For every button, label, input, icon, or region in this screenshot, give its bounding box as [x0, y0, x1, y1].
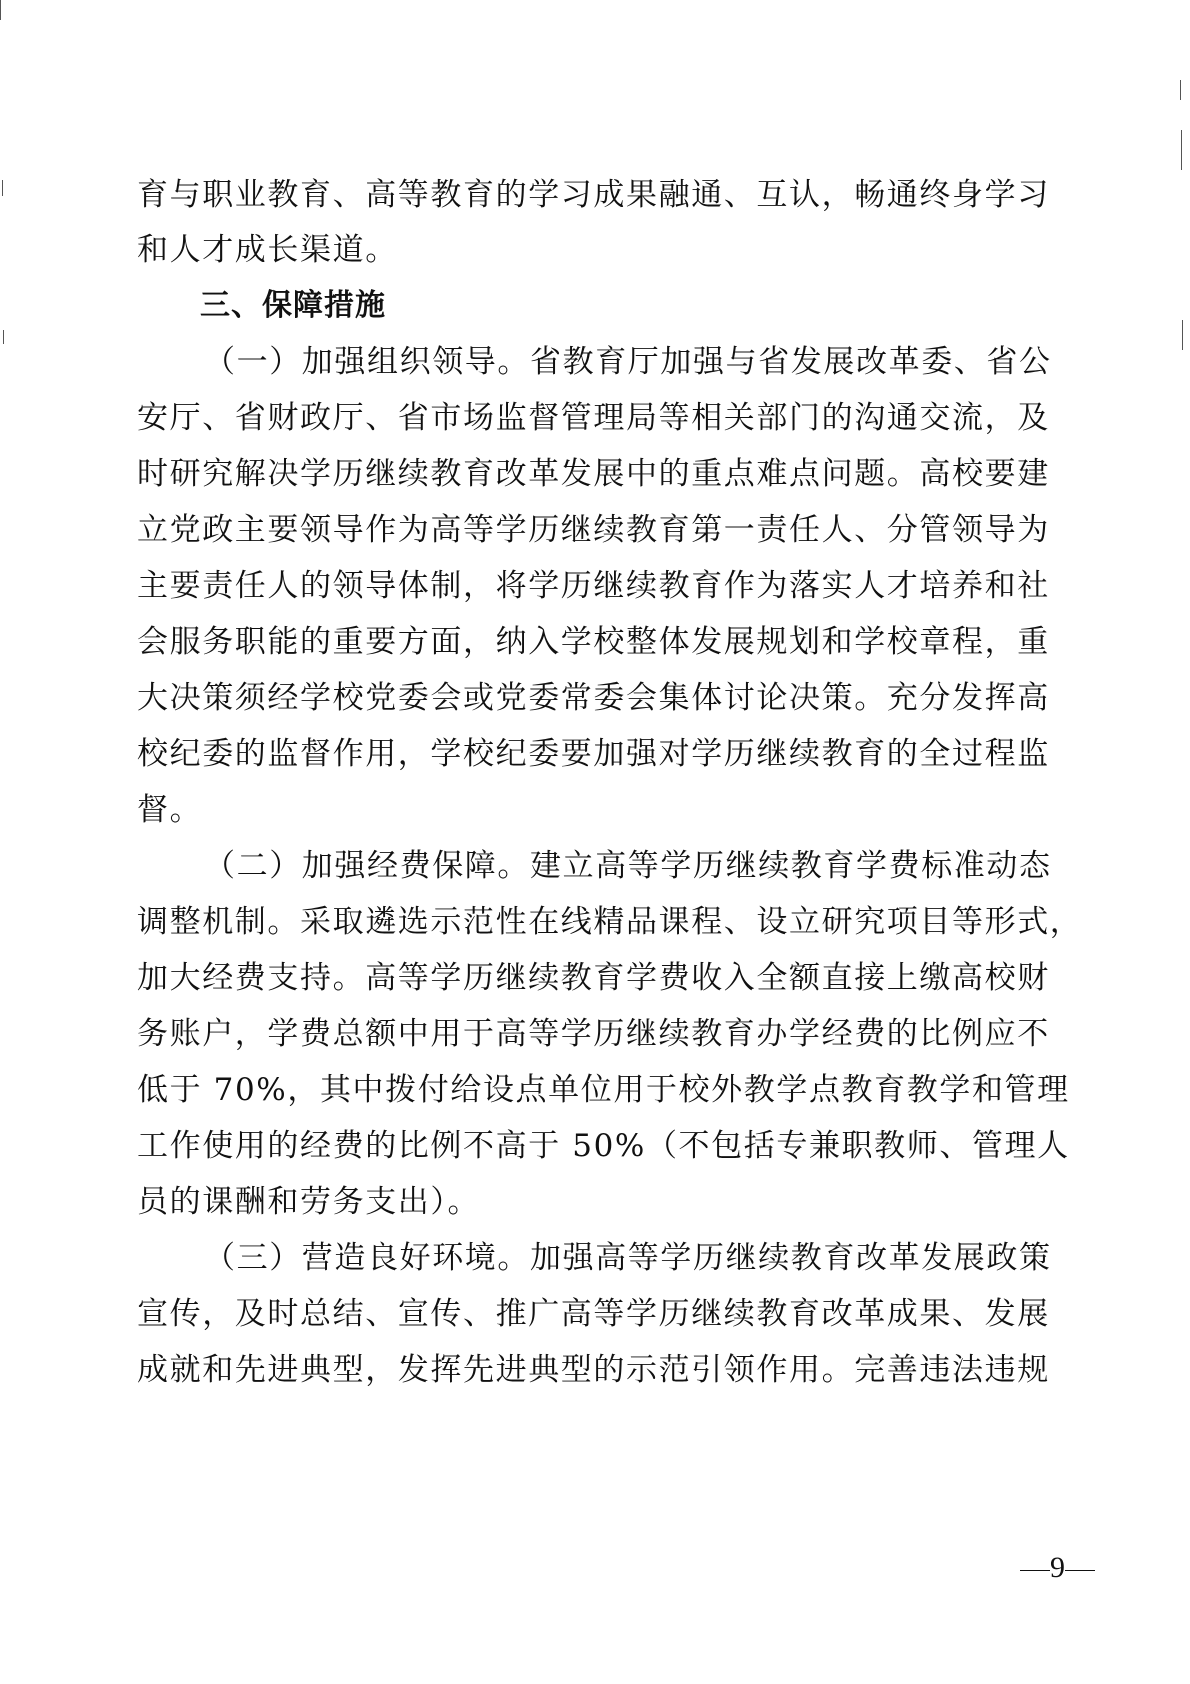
body-text-line: 和人才成长渠道。 [137, 230, 977, 270]
body-text-line: 督。 [137, 790, 977, 830]
scan-artifact [1181, 130, 1182, 170]
body-text-line: 员的课酬和劳务支出）。 [137, 1182, 977, 1222]
body-text-line: 工作使用的经费的比例不高于 50%（不包括专兼职教师、管理人 [137, 1126, 977, 1166]
scan-artifact [1180, 80, 1181, 100]
page-number: 9 [1020, 1550, 1095, 1586]
paragraph-start-line: （三）营造良好环境。加强高等学历继续教育改革发展政策 [204, 1238, 977, 1278]
scan-artifact [1182, 320, 1183, 350]
page-number-dash-right [1065, 1570, 1095, 1571]
section-heading: 三、保障措施 [200, 286, 386, 326]
body-text-line: 育与职业教育、高等教育的学习成果融通、互认，畅通终身学习 [137, 175, 977, 215]
document-page: 育与职业教育、高等教育的学习成果融通、互认，畅通终身学习 和人才成长渠道。 三、… [0, 0, 1190, 1684]
body-text-line: 主要责任人的领导体制，将学历继续教育作为落实人才培养和社 [137, 566, 977, 606]
body-text-line: 安厅、省财政厅、省市场监督管理局等相关部门的沟通交流，及 [137, 398, 977, 438]
page-number-dash-left [1020, 1570, 1050, 1571]
body-text-line: 成就和先进典型，发挥先进典型的示范引领作用。完善违法违规 [137, 1350, 977, 1390]
body-text-line: 调整机制。采取遴选示范性在线精品课程、设立研究项目等形式， [137, 902, 977, 942]
body-text-line: 时研究解决学历继续教育改革发展中的重点难点问题。高校要建 [137, 454, 977, 494]
body-text-line: 加大经费支持。高等学历继续教育学费收入全额直接上缴高校财 [137, 958, 977, 998]
body-text-line: 会服务职能的重要方面，纳入学校整体发展规划和学校章程，重 [137, 622, 977, 662]
body-text-line: 务账户，学费总额中用于高等学历继续教育办学经费的比例应不 [137, 1014, 977, 1054]
page-number-value: 9 [1050, 1551, 1065, 1584]
scan-artifact [3, 330, 4, 344]
body-text-line: 校纪委的监督作用，学校纪委要加强对学历继续教育的全过程监 [137, 734, 977, 774]
body-text-line: 低于 70%，其中拨付给设点单位用于校外教学点教育教学和管理 [137, 1070, 977, 1110]
body-text-line: 宣传，及时总结、宣传、推广高等学历继续教育改革成果、发展 [137, 1294, 977, 1334]
scan-artifact [0, 0, 1, 20]
paragraph-start-line: （一）加强组织领导。省教育厅加强与省发展改革委、省公 [204, 342, 977, 382]
scan-artifact [2, 180, 3, 196]
paragraph-start-line: （二）加强经费保障。建立高等学历继续教育学费标准动态 [204, 846, 977, 886]
body-text-line: 大决策须经学校党委会或党委常委会集体讨论决策。充分发挥高 [137, 678, 977, 718]
body-text-line: 立党政主要领导作为高等学历继续教育第一责任人、分管领导为 [137, 510, 977, 550]
